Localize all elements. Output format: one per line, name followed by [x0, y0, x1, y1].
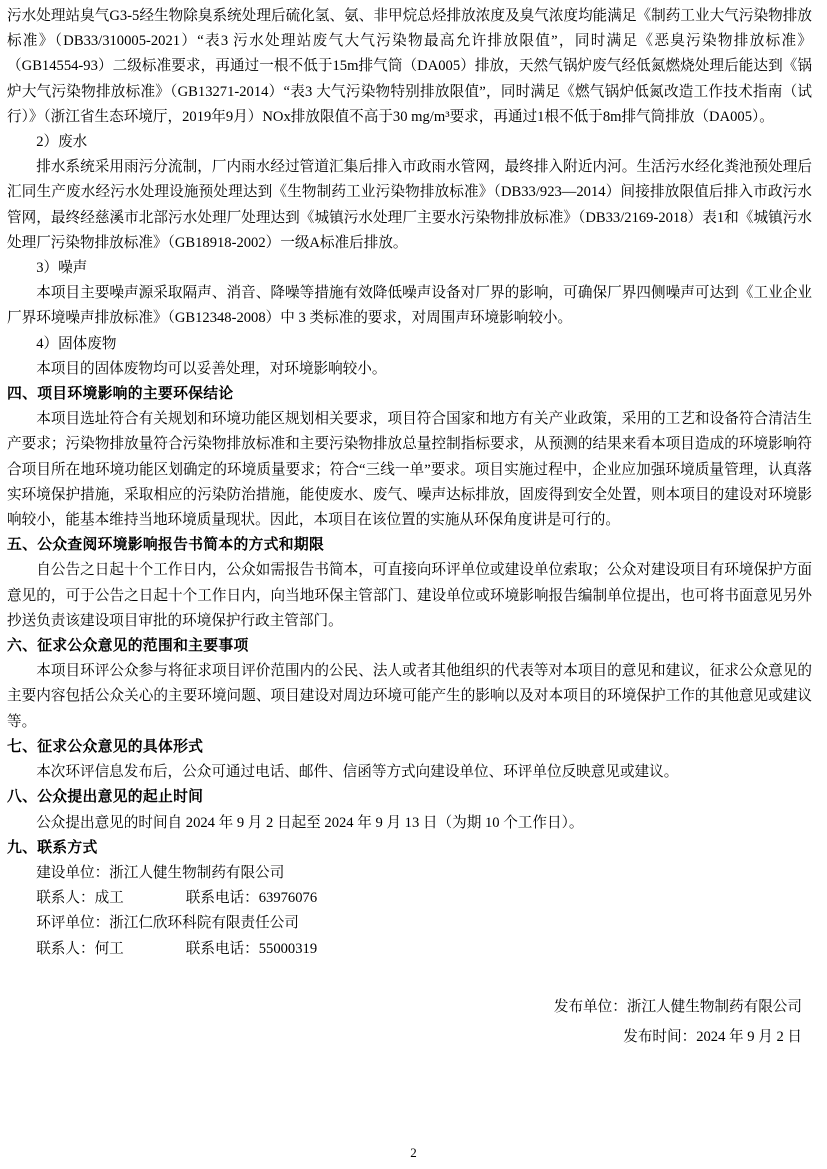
footer-block: 发布单位：浙江人健生物制药有限公司 发布时间：2024 年 9 月 2 日 — [7, 992, 812, 1052]
section-heading-conclusion: 四、项目环境影响的主要环保结论 — [7, 382, 812, 407]
contact-person-2: 联系人：何工 — [36, 941, 124, 957]
paragraph-wastewater: 排水系统采用雨污分流制，厂内雨水经过管道汇集后排入市政雨水管网，最终排入附近内河… — [7, 155, 812, 256]
footer-date: 发布时间：2024 年 9 月 2 日 — [7, 1022, 802, 1052]
section-heading-opinion-scope: 六、征求公众意见的范围和主要事项 — [7, 634, 812, 659]
paragraph-report-access: 自公告之日起十个工作日内，公众如需报告书简本，可直接向环评单位或建设单位索取；公… — [7, 558, 812, 634]
contact-line-1: 联系人：成工联系电话：63976076 — [7, 886, 812, 911]
paragraph-solid-waste: 本项目的固体废物均可以妥善处理，对环境影响较小。 — [7, 357, 812, 382]
contact-line-2: 联系人：何工联系电话：55000319 — [7, 937, 812, 962]
contact-person-1: 联系人：成工 — [36, 890, 124, 906]
paragraph-noise: 本项目主要噪声源采取隔声、消音、降噪等措施有效降低噪声设备对厂界的影响，可确保厂… — [7, 281, 812, 331]
subsection-label-noise: 3）噪声 — [7, 256, 812, 281]
paragraph-opinion-period: 公众提出意见的时间自 2024 年 9 月 2 日起至 2024 年 9 月 1… — [7, 811, 812, 836]
contact-eia-unit: 环评单位：浙江仁欣环科院有限责任公司 — [7, 911, 812, 936]
section-heading-opinion-form: 七、征求公众意见的具体形式 — [7, 735, 812, 760]
section-heading-opinion-period: 八、公众提出意见的起止时间 — [7, 785, 812, 810]
footer-publisher: 发布单位：浙江人健生物制药有限公司 — [7, 992, 802, 1022]
paragraph-opinion-scope: 本项目环评公众参与将征求项目评价范围内的公民、法人或者其他组织的代表等对本项目的… — [7, 659, 812, 735]
subsection-label-wastewater: 2）废水 — [7, 130, 812, 155]
document-page: 污水处理站臭气G3-5经生物除臭系统处理后硫化氢、氨、非甲烷总烃排放浓度及臭气浓… — [0, 0, 827, 1169]
contact-phone-2: 联系电话：55000319 — [186, 941, 317, 957]
page-number: 2 — [0, 1145, 827, 1161]
paragraph-conclusion: 本项目选址符合有关规划和环境功能区规划相关要求，项目符合国家和地方有关产业政策，… — [7, 407, 812, 533]
contact-phone-1: 联系电话：63976076 — [186, 890, 317, 906]
subsection-label-solid-waste: 4）固体废物 — [7, 332, 812, 357]
contact-construction-unit: 建设单位：浙江人健生物制药有限公司 — [7, 861, 812, 886]
section-heading-report-access: 五、公众查阅环境影响报告书简本的方式和期限 — [7, 533, 812, 558]
paragraph-odor-treatment-continuation: 污水处理站臭气G3-5经生物除臭系统处理后硫化氢、氨、非甲烷总烃排放浓度及臭气浓… — [7, 4, 812, 130]
section-heading-contact-info: 九、联系方式 — [7, 836, 812, 861]
paragraph-opinion-form: 本次环评信息发布后，公众可通过电话、邮件、信函等方式向建设单位、环评单位反映意见… — [7, 760, 812, 785]
